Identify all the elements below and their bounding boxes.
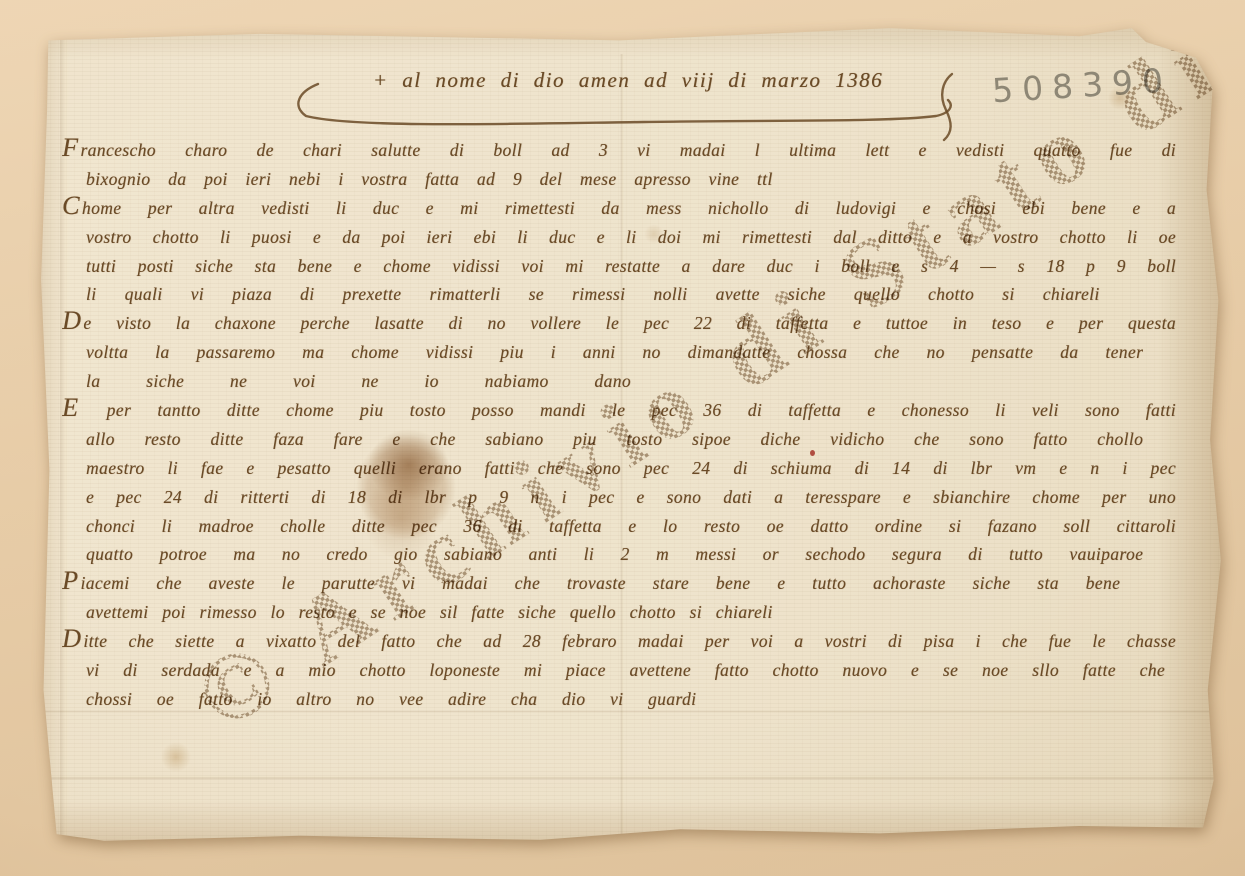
paragraph-initial: E: [62, 396, 78, 422]
archive-number-stamp: 508390: [991, 57, 1233, 111]
manuscript-line: avettemi poi rimesso lo resto e se noe s…: [86, 598, 773, 627]
manuscript-line: tutti posti siche sta bene e chome vidis…: [86, 252, 1176, 281]
manuscript-line: vostro chotto li puosi e da poi ieri ebi…: [86, 223, 1176, 252]
manuscript-line: Francescho charo de chari salutte di bol…: [62, 136, 1176, 165]
manuscript-line: li quali vi piaza di prexette rimatterli…: [86, 280, 1100, 309]
paragraph-initial: D: [62, 309, 81, 335]
manuscript-line: la siche ne voi ne io nabiamo dano: [86, 367, 631, 396]
manuscript-line: bixognio da poi ieri nebi i vostra fatta…: [86, 165, 773, 194]
manuscript-line: De visto la chaxone perche lasatte di no…: [62, 309, 1176, 338]
paragraph-initial: P: [62, 569, 78, 595]
manuscript-line: allo resto ditte faza fare e che sabiano…: [86, 425, 1143, 454]
manuscript-line: voltta la passaremo ma chome vidissi piu…: [86, 338, 1143, 367]
manuscript-line: Chome per altra vedisti li duc e mi rime…: [62, 194, 1176, 223]
manuscript-line: maestro li fae e pesatto quelli erano fa…: [86, 454, 1176, 483]
manuscript-line: e pec 24 di ritterti di 18 di lbr p 9 n …: [86, 483, 1176, 512]
fold-crease-horizontal-lower: [44, 776, 1214, 780]
manuscript-line: E per tantto ditte chome piu tosto posso…: [62, 396, 1176, 425]
manuscript-line: chossi oe fatto io altro no vee adire ch…: [86, 685, 696, 714]
manuscript-line: Ditte che siette a vixatto del fatto che…: [62, 627, 1176, 656]
header-invocation: + al nome di dio amen ad viij di marzo 1…: [296, 68, 960, 102]
manuscript-paper: + al nome di dio amen ad viij di marzo 1…: [34, 24, 1222, 844]
manuscript-line: Piacemi che aveste le parutte vi madai c…: [62, 569, 1120, 598]
photo-backdrop: + al nome di dio amen ad viij di marzo 1…: [0, 0, 1245, 876]
paragraph-initial: C: [62, 194, 80, 220]
paragraph-initial: F: [62, 136, 78, 162]
paragraph-initial: D: [62, 627, 81, 653]
manuscript-line: vi di serdada e a mio chotto loponeste m…: [86, 656, 1165, 685]
letter-body: Francescho charo de chari salutte di bol…: [62, 136, 1176, 714]
manuscript-line: chonci li madroe cholle ditte pec 36 di …: [86, 512, 1176, 541]
manuscript-line: quatto potroe ma no credo gio sabiano an…: [86, 540, 1143, 569]
manuscript-paper-wrap: + al nome di dio amen ad viij di marzo 1…: [0, 0, 1245, 876]
